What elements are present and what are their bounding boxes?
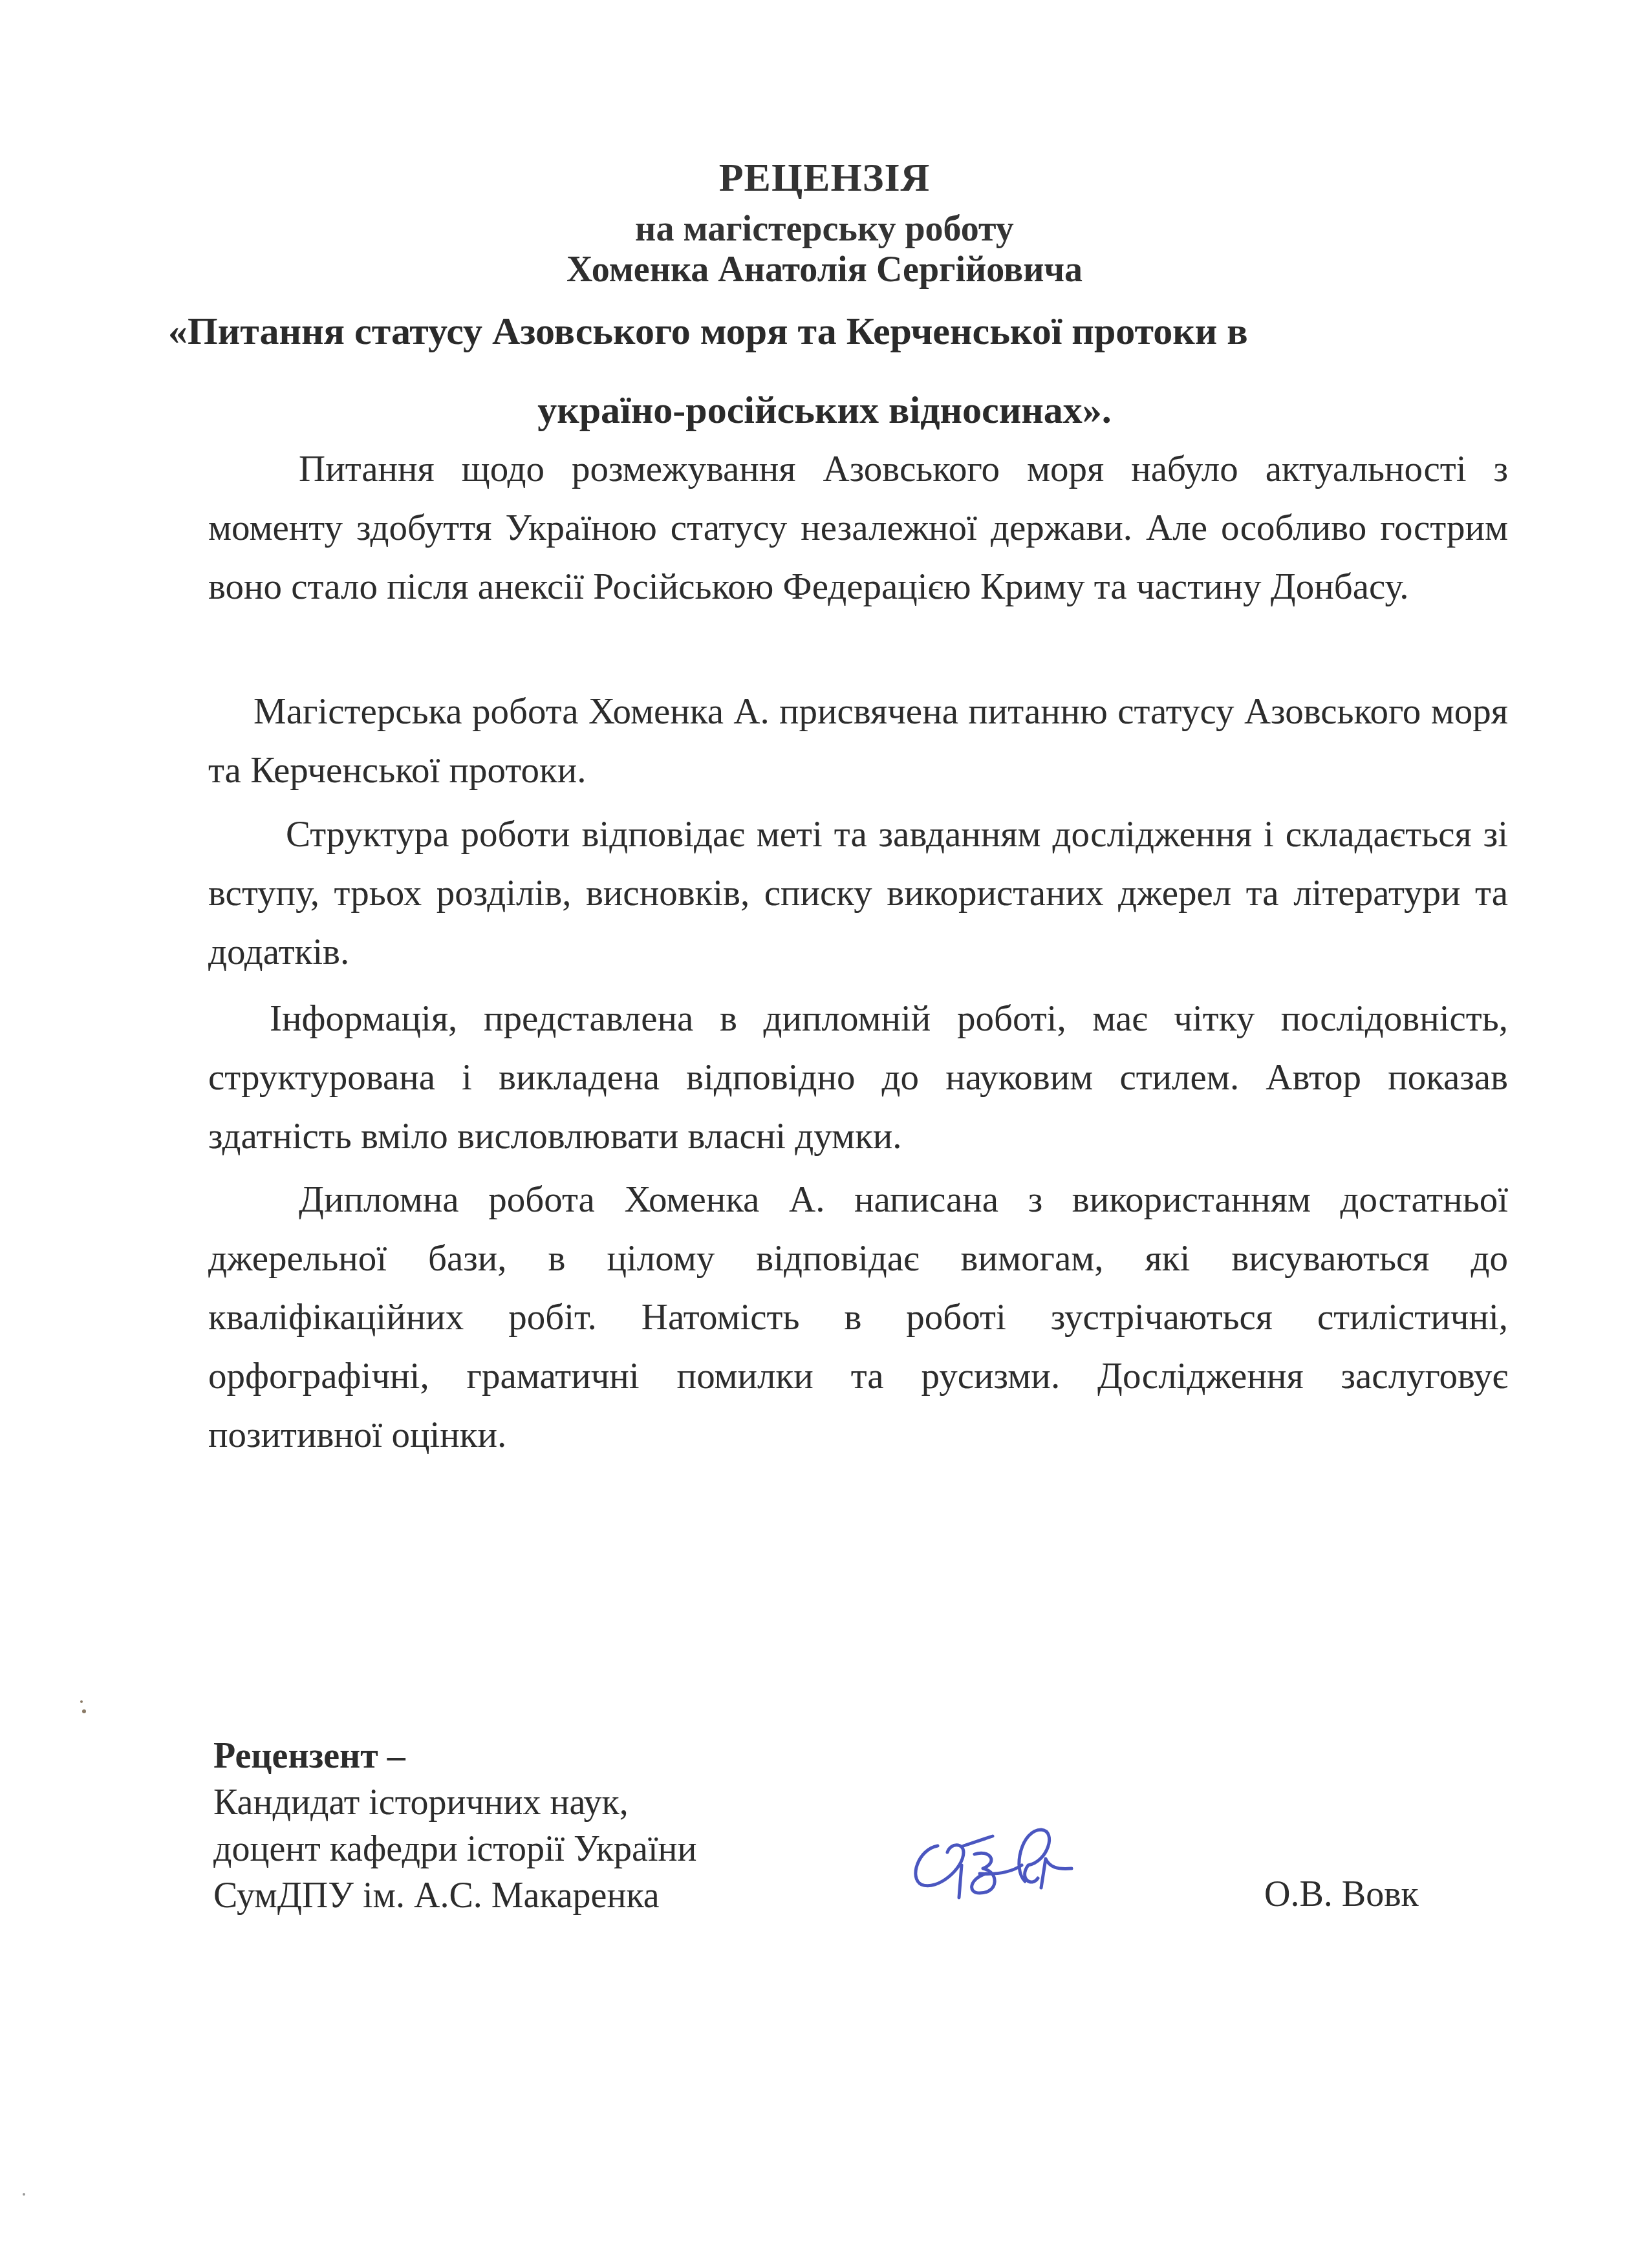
thesis-topic-line-1: «Питання статусу Азовського моря та Керч… bbox=[0, 309, 1649, 354]
paragraph-text: Дипломна робота Хоменка А. написана з ви… bbox=[208, 1170, 1508, 1464]
document-page: РЕЦЕНЗІЯ на магістерську роботу Хоменка … bbox=[0, 0, 1649, 2268]
reviewer-block: Рецензент – Кандидат історичних наук, до… bbox=[213, 1733, 696, 1919]
paragraph-text: Магістерська робота Хоменка А. присвячен… bbox=[208, 682, 1508, 800]
signature-icon bbox=[902, 1817, 1077, 1907]
author-name: Хоменка Анатолія Сергійовича bbox=[0, 249, 1649, 290]
reviewer-institution: СумДПУ ім. А.С. Макаренка bbox=[213, 1872, 696, 1919]
thesis-topic-line-2: україно-російських відносинах». bbox=[0, 388, 1649, 433]
reviewer-degree: Кандидат історичних наук, bbox=[213, 1779, 696, 1826]
scan-speck bbox=[80, 1700, 83, 1703]
paragraph-relevance: Питання щодо розмежування Азовського мор… bbox=[208, 440, 1508, 616]
document-subtitle: на магістерську роботу bbox=[0, 208, 1649, 250]
paragraph-text: Структура роботи відповідає меті та завд… bbox=[208, 805, 1508, 981]
paragraph-conclusion: Дипломна робота Хоменка А. написана з ви… bbox=[208, 1170, 1508, 1464]
scan-speck bbox=[82, 1709, 86, 1713]
reviewer-name: О.В. Вовк bbox=[1264, 1874, 1419, 1915]
paragraph-text: Питання щодо розмежування Азовського мор… bbox=[208, 440, 1508, 616]
paragraph-information: Інформація, представлена в дипломній роб… bbox=[208, 989, 1508, 1166]
paragraph-structure: Структура роботи відповідає меті та завд… bbox=[208, 805, 1508, 981]
scan-speck bbox=[23, 2193, 25, 2196]
paragraph-subject: Магістерська робота Хоменка А. присвячен… bbox=[208, 682, 1508, 800]
reviewer-label: Рецензент – bbox=[213, 1733, 696, 1779]
document-title: РЕЦЕНЗІЯ bbox=[0, 155, 1649, 201]
paragraph-text: Інформація, представлена в дипломній роб… bbox=[208, 989, 1508, 1166]
reviewer-position: доцент кафедри історії України bbox=[213, 1826, 696, 1872]
